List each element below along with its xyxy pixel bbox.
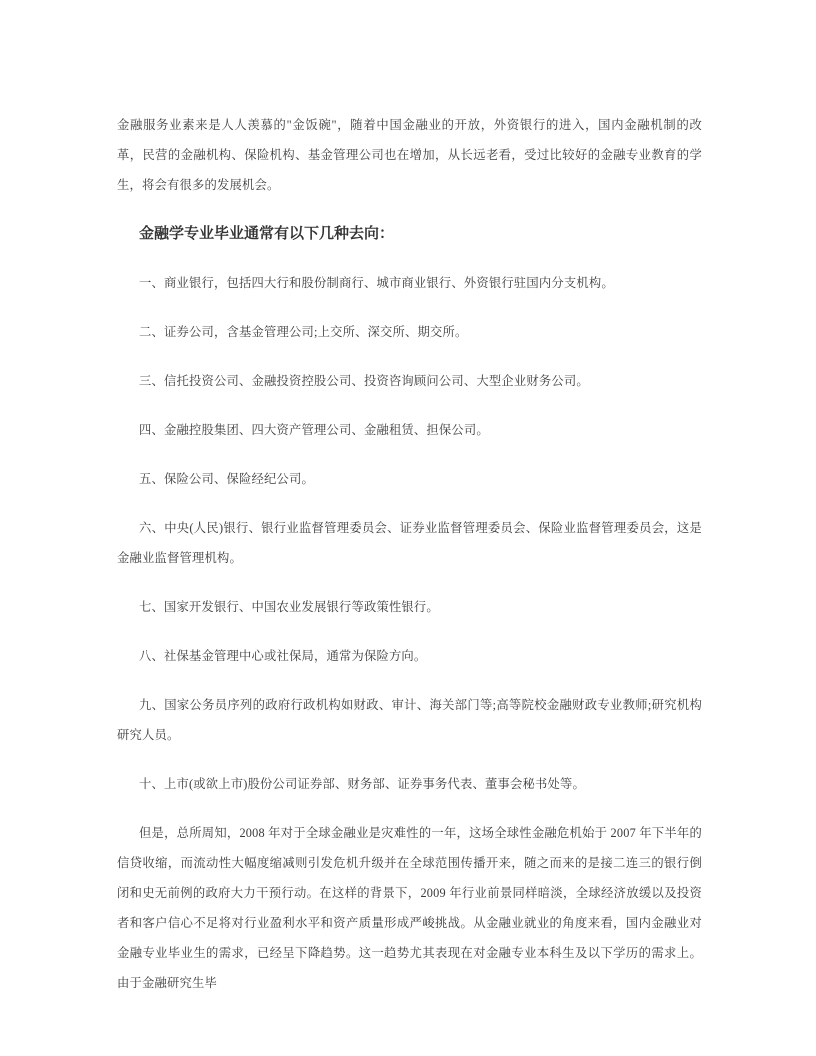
- career-item-3: 三、信托投资公司、金融投资控股公司、投资咨询顾问公司、大型企业财务公司。: [117, 366, 702, 396]
- document-page: 金融服务业素来是人人羡慕的"金饭碗"，随着中国金融业的开放，外资银行的进入，国内…: [0, 0, 816, 1056]
- career-item-8: 八、社保基金管理中心或社保局，通常为保险方向。: [117, 641, 702, 671]
- career-item-7: 七、国家开发银行、中国农业发展银行等政策性银行。: [117, 592, 702, 622]
- career-item-10: 十、上市(或欲上市)股份公司证券部、财务部、证券事务代表、董事会秘书处等。: [117, 769, 702, 799]
- career-item-4: 四、金融控股集团、四大资产管理公司、金融租赁、担保公司。: [117, 415, 702, 445]
- career-item-1: 一、商业银行，包括四大行和股份制商行、城市商业银行、外资银行驻国内分支机构。: [117, 268, 702, 298]
- career-item-9: 九、国家公务员序列的政府行政机构如财政、审计、海关部门等;高等院校金融财政专业教…: [117, 690, 702, 750]
- intro-paragraph: 金融服务业素来是人人羡慕的"金饭碗"，随着中国金融业的开放，外资银行的进入，国内…: [117, 110, 702, 200]
- career-item-5: 五、保险公司、保险经纪公司。: [117, 464, 702, 494]
- section-heading: 金融学专业毕业通常有以下几种去向：: [117, 219, 702, 249]
- closing-paragraph: 但是，总所周知，2008 年对于全球金融业是灾难性的一年，这场全球性金融危机始于…: [117, 818, 702, 998]
- career-item-2: 二、证券公司，含基金管理公司;上交所、深交所、期交所。: [117, 317, 702, 347]
- career-item-6: 六、中央(人民)银行、银行业监督管理委员会、证券业监督管理委员会、保险业监督管理…: [117, 513, 702, 573]
